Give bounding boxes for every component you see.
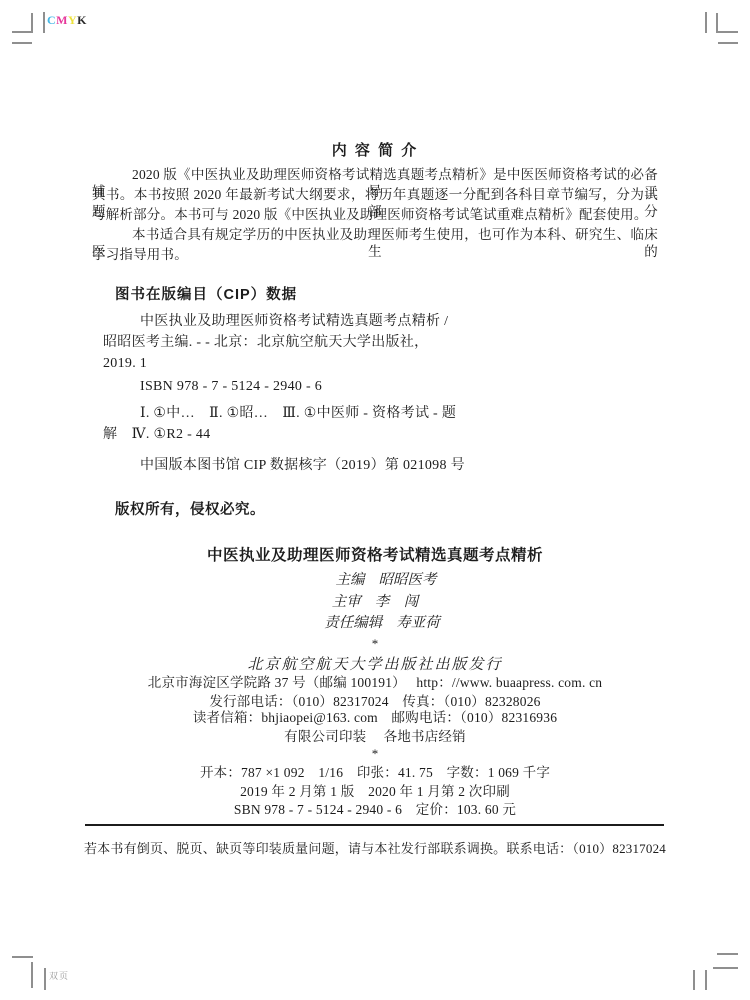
crop-mark-line xyxy=(717,31,738,33)
credit-name: 寿亚荷 xyxy=(396,615,440,631)
cmyk-letter-m: M xyxy=(56,13,68,27)
crop-mark-line xyxy=(12,956,33,958)
cip-year-line: 2019. 1 xyxy=(103,355,147,372)
crop-mark-line xyxy=(718,42,738,44)
footer-divider xyxy=(85,824,664,826)
cmyk-letter-c: C xyxy=(47,13,56,27)
credit-chief-editor: 主编昭昭医考 xyxy=(0,572,750,588)
credit-role: 主编 xyxy=(336,572,365,588)
cmyk-registration-label: CMYK xyxy=(47,13,87,28)
crop-mark-line xyxy=(43,12,45,33)
crop-mark-line xyxy=(713,967,738,969)
credit-name: 李 闯 xyxy=(375,594,419,610)
printer-distribution-line: 有限公司印装 各地书店经销 xyxy=(0,729,750,745)
cmyk-letter-k: K xyxy=(77,13,87,27)
cip-classification-line: 解 Ⅳ. ①R2 - 44 xyxy=(103,426,210,443)
publisher-address-line: 北京市海淀区学院路 37 号（邮编 100191） http：//www. bu… xyxy=(0,675,750,691)
credit-chief-reviewer: 主审李 闯 xyxy=(0,594,750,610)
crop-mark-line xyxy=(44,968,46,990)
intro-paragraph-line: 学习指导用书。 xyxy=(92,246,658,263)
intro-paragraph-line: 与解析部分。本书可与 2020 版《中医执业及助理医师资格考试笔试重难点精析》配… xyxy=(92,206,658,223)
copyright-notice: 版权所有，侵权必究。 xyxy=(115,498,265,519)
credit-role: 主审 xyxy=(332,594,361,610)
cip-heading: 图书在版编目（CIP）数据 xyxy=(115,283,297,304)
crop-mark-line xyxy=(31,962,33,988)
crop-mark-line xyxy=(705,970,707,990)
colophon-book-title: 中医执业及助理医师资格考试精选真题考点精析 xyxy=(0,543,750,565)
isbn-price-line: SBN 978 - 7 - 5124 - 2940 - 6 定价：103. 60… xyxy=(0,802,750,818)
book-copyright-page: CMYK 双页 内 容 简 介 2020 版《中医执业及助理医师资格考试精选真题… xyxy=(0,0,750,1000)
crop-mark-line xyxy=(717,953,738,955)
cip-editor-line: 昭昭医考主编. - - 北京：北京航空航天大学出版社， xyxy=(103,334,428,351)
intro-title: 内 容 简 介 xyxy=(0,139,750,160)
crop-mark-line xyxy=(12,31,33,33)
crop-mark-line xyxy=(12,42,32,44)
edition-line: 2019 年 2 月第 1 版 2020 年 1 月第 2 次印刷 xyxy=(0,784,750,800)
crop-mark-line xyxy=(716,13,718,33)
separator-asterisk: * xyxy=(0,636,750,652)
spread-page-label: 双页 xyxy=(49,969,69,982)
cip-title-line: 中医执业及助理医师资格考试精选真题考点精析 / xyxy=(140,313,448,330)
publisher-phone-line: 发行部电话：（010）82317024 传真：（010）82328026 xyxy=(0,694,750,710)
credit-name: 昭昭医考 xyxy=(379,572,437,588)
crop-mark-line xyxy=(31,13,33,33)
separator-asterisk: * xyxy=(0,746,750,762)
cmyk-letter-y: Y xyxy=(68,13,77,27)
crop-mark-line xyxy=(705,12,707,33)
publisher-email-line: 读者信箱：bhjiaopei@163. com 邮购电话：（010）823169… xyxy=(0,710,750,726)
crop-mark-line xyxy=(693,970,695,990)
cip-isbn-line: ISBN 978 - 7 - 5124 - 2940 - 6 xyxy=(140,378,322,395)
credit-role: 责任编辑 xyxy=(324,615,382,631)
credit-responsible-editor: 责任编辑寿亚荷 xyxy=(0,615,750,631)
cip-record-line: 中国版本图书馆 CIP 数据核字（2019）第 021098 号 xyxy=(140,457,465,474)
publisher-line: 北京航空航天大学出版社出版发行 xyxy=(0,653,750,674)
format-line: 开本：787 ×1 092 1/16 印张：41. 75 字数：1 069 千字 xyxy=(0,765,750,781)
cip-classification-line: Ⅰ. ①中… Ⅱ. ①昭… Ⅲ. ①中医师 - 资格考试 - 题 xyxy=(140,405,456,422)
quality-notice: 若本书有倒页、脱页、缺页等印装质量问题，请与本社发行部联系调换。联系电话：（01… xyxy=(0,838,750,857)
